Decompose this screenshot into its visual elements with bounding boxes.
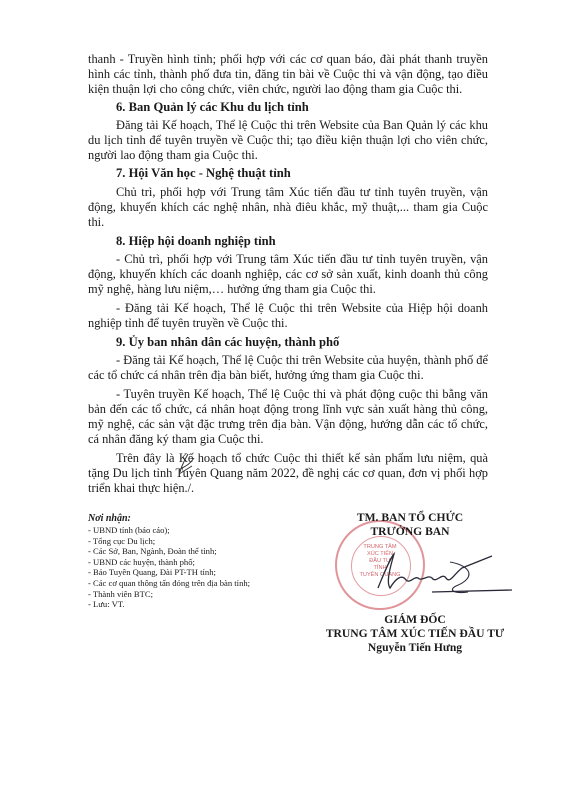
recipient-item: - Thành viên BTC;: [88, 589, 308, 600]
signature-title: TRƯỞNG BAN: [305, 525, 515, 539]
signature-header: TM. BAN TỔ CHỨC TRƯỞNG BAN: [305, 511, 515, 539]
recipient-item: - UBND các huyện, thành phố;: [88, 557, 308, 568]
recipient-item: - Báo Tuyên Quang, Đài PT-TH tỉnh;: [88, 567, 308, 578]
recipient-item: - UBND tỉnh (báo cáo);: [88, 525, 308, 536]
signatory-position: GIÁM ĐỐC: [300, 613, 530, 627]
initial-mark-icon: [176, 452, 196, 476]
signature-role: TM. BAN TỔ CHỨC: [305, 511, 515, 525]
section-heading-6: 6. Ban Quản lý các Khu du lịch tỉnh: [88, 100, 488, 115]
section-heading-7: 7. Hội Văn học - Nghệ thuật tỉnh: [88, 166, 488, 181]
recipients-block: Nơi nhận: - UBND tỉnh (báo cáo); - Tổng …: [88, 512, 308, 610]
recipient-item: - Lưu: VT.: [88, 599, 308, 610]
handwritten-signature-icon: [372, 548, 512, 598]
document-page: thanh - Truyền hình tỉnh; phối hợp với c…: [0, 0, 565, 800]
closing-paragraph: Trên đây là Kế hoạch tổ chức Cuộc thi th…: [88, 451, 488, 496]
section-heading-8: 8. Hiệp hội doanh nghiệp tỉnh: [88, 234, 488, 249]
document-body: thanh - Truyền hình tỉnh; phối hợp với c…: [88, 52, 488, 496]
section-heading-9: 9. Ủy ban nhân dân các huyện, thành phố: [88, 335, 488, 350]
signatory-block: GIÁM ĐỐC TRUNG TÂM XÚC TIẾN ĐẦU TƯ Nguyễ…: [300, 613, 530, 655]
signatory-name: Nguyễn Tiến Hưng: [300, 641, 530, 655]
recipient-item: - Các Sở, Ban, Ngành, Đoàn thể tỉnh;: [88, 546, 308, 557]
recipient-item: - Các cơ quan thông tấn đóng trên địa bà…: [88, 578, 308, 589]
paragraph: - Đăng tải Kế hoạch, Thể lệ Cuộc thi trê…: [88, 301, 488, 331]
recipient-item: - Tổng cục Du lịch;: [88, 536, 308, 547]
paragraph: - Tuyên truyền Kế hoạch, Thể lệ Cuộc thi…: [88, 387, 488, 447]
paragraph: - Đăng tải Kế hoạch, Thể lệ Cuộc thi trê…: [88, 353, 488, 383]
paragraph: Đăng tải Kế hoạch, Thể lệ Cuộc thi trên …: [88, 118, 488, 163]
recipients-title: Nơi nhận:: [88, 512, 308, 525]
paragraph: thanh - Truyền hình tỉnh; phối hợp với c…: [88, 52, 488, 97]
paragraph: - Chủ trì, phối hợp với Trung tâm Xúc ti…: [88, 252, 488, 297]
signatory-organization: TRUNG TÂM XÚC TIẾN ĐẦU TƯ: [300, 627, 530, 641]
paragraph: Chủ trì, phối hợp với Trung tâm Xúc tiến…: [88, 185, 488, 230]
